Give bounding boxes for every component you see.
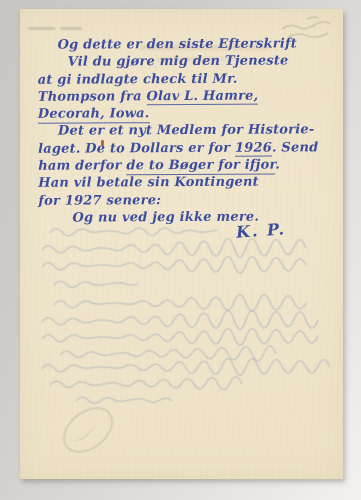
letter-text: Han vil betale sin Kontingent: [38, 175, 259, 191]
letter-line: Og dette er den siste Efterskrift: [58, 35, 335, 54]
letter-text: Thompson fra: [38, 89, 147, 105]
letter-text: Vil du gjøre mig den Tjeneste: [68, 54, 289, 70]
letter-text: . Send: [272, 140, 319, 155]
letter-line: Det er et nyt Medlem for Historie-: [58, 122, 335, 141]
letter-line: Decorah, Iowa.: [38, 104, 335, 123]
letter-line: Han vil betale sin Kontingent: [38, 174, 335, 193]
letter-line: Vil du gjøre mig den Tjeneste: [68, 53, 335, 72]
underlined-phrase: de to Bøger for ifjor: [126, 158, 275, 175]
letter-text: for 1927 senere:: [38, 193, 161, 209]
letter-text: Det er et nyt Medlem for Historie-: [58, 123, 314, 139]
letter-text: laget. De to Dollars er for: [38, 141, 235, 157]
letter-text: at gi indlagte check til Mr.: [38, 71, 238, 87]
red-ink-speck: [101, 140, 104, 146]
letter-paper: Og dette er den siste EfterskriftVil du …: [20, 9, 343, 479]
signature-initials: K. P.: [235, 219, 286, 241]
letter-line: at gi indlagte check til Mr.: [38, 70, 335, 89]
letter-line: Og nu ved jeg ikke mere.: [72, 208, 335, 227]
letter-body: Og dette er den siste EfterskriftVil du …: [38, 35, 336, 227]
underlined-phrase: 1926: [235, 140, 272, 157]
underlined-phrase: Decorah, Iowa.: [38, 106, 150, 123]
letter-text: ham derfor: [38, 158, 126, 173]
letter-line: laget. De to Dollars er for 1926. Send: [38, 139, 335, 158]
letter-text: .: [275, 158, 280, 173]
underlined-phrase: Olav L. Hamre,: [146, 89, 258, 106]
scan-background: { "document": { "kind": "handwritten let…: [0, 0, 361, 500]
letter-line: ham derfor de to Bøger for ifjor.: [38, 156, 335, 175]
letter-line: for 1927 senere:: [38, 191, 335, 210]
letter-line: Thompson fra Olav L. Hamre,: [38, 87, 335, 106]
letter-text: Og dette er den siste Efterskrift: [58, 36, 297, 52]
letter-text: Og nu ved jeg ikke mere.: [72, 210, 259, 226]
